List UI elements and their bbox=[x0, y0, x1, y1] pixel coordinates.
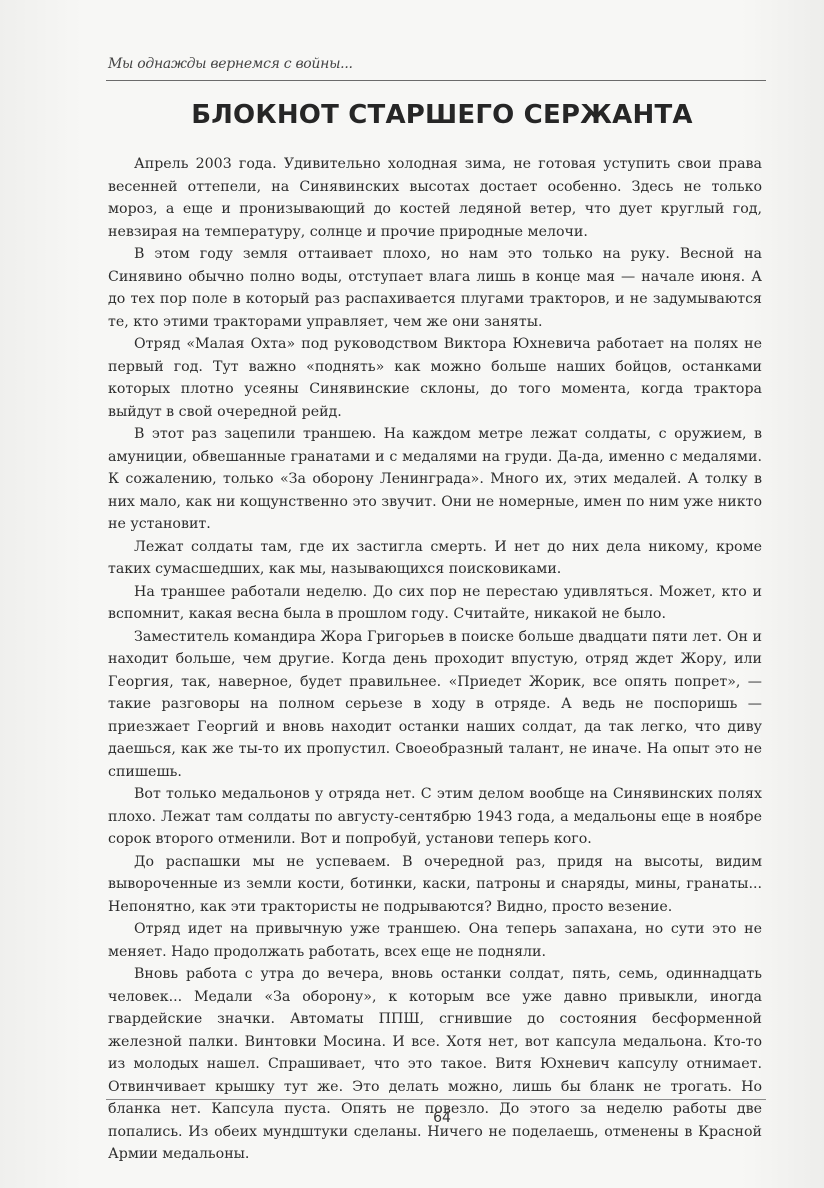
paragraph: Вновь работа с утра до вечера, вновь ост… bbox=[108, 963, 762, 1166]
book-page: Мы однажды вернемся с войны... БЛОКНОТ С… bbox=[0, 0, 824, 1188]
paragraph: На траншее работали неделю. До сих пор н… bbox=[108, 581, 762, 626]
chapter-title: БЛОКНОТ СТАРШЕГО СЕРЖАНТА bbox=[0, 100, 824, 130]
paragraph: Вот только медальонов у отряда нет. С эт… bbox=[108, 783, 762, 851]
paragraph: В этом году земля оттаивает плохо, но на… bbox=[108, 243, 762, 333]
paragraph: Отряд идет на привычную уже траншею. Она… bbox=[108, 918, 762, 963]
page-number: 64 bbox=[0, 1110, 824, 1126]
paragraph: Апрель 2003 года. Удивительно холодная з… bbox=[108, 153, 762, 243]
footer-rule bbox=[106, 1099, 766, 1100]
header-rule bbox=[106, 80, 766, 81]
paragraph: До распашки мы не успеваем. В очередной … bbox=[108, 851, 762, 919]
paragraph: Заместитель командира Жора Григорьев в п… bbox=[108, 626, 762, 784]
body-text: Апрель 2003 года. Удивительно холодная з… bbox=[108, 153, 762, 1166]
paragraph: Лежат солдаты там, где их застигла смерт… bbox=[108, 536, 762, 581]
paragraph: Отряд «Малая Охта» под руководством Викт… bbox=[108, 333, 762, 423]
running-head: Мы однажды вернемся с войны... bbox=[108, 56, 353, 72]
paragraph: В этот раз зацепили траншею. На каждом м… bbox=[108, 423, 762, 536]
